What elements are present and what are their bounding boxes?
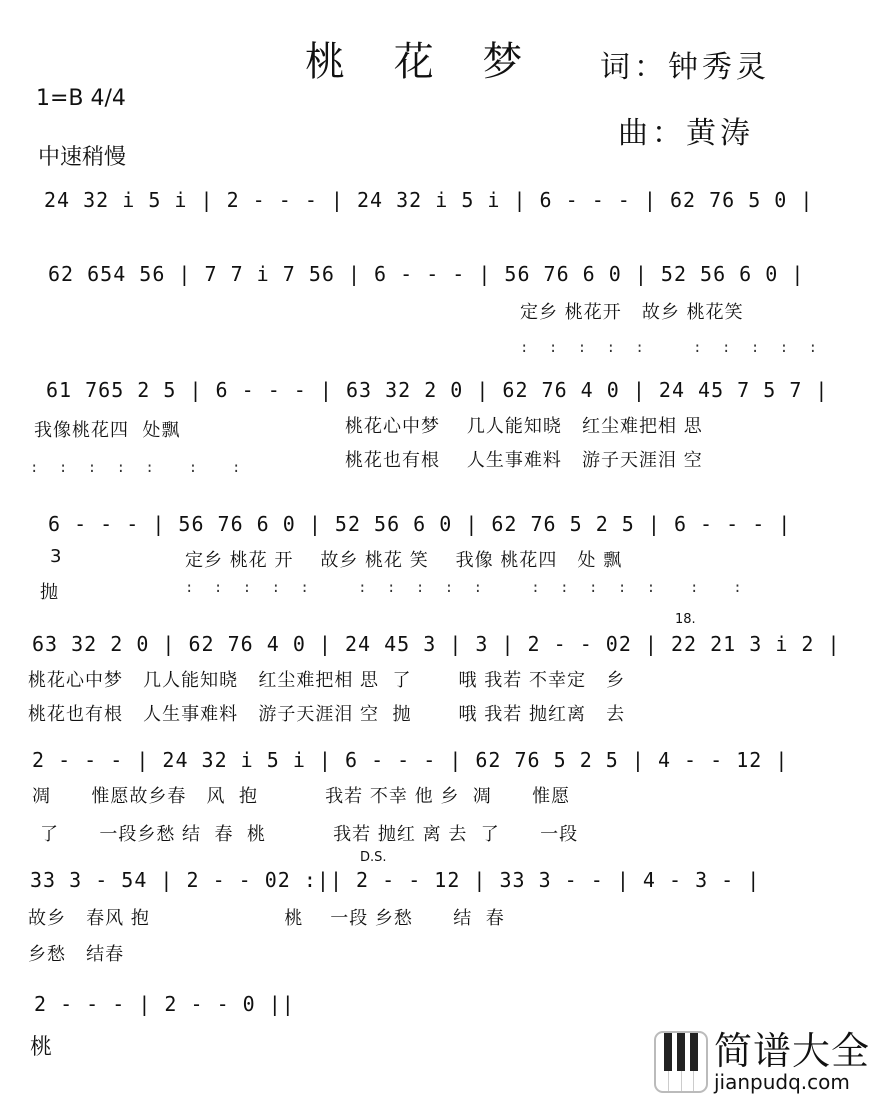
key-signature: 1=B 4/4 — [36, 86, 126, 111]
notation-row-7: 33 3 - 54 | 2 - - 02 :|| 2 - - 12 | 33 3… — [30, 868, 760, 892]
lyric-row-4-pre: 3 — [50, 546, 62, 567]
composer-credit: 曲：黄涛 — [618, 108, 754, 152]
lyric-row-6b: 了 一段乡愁 结 春 桃 我若 抛红 离 去 了 一段 — [40, 820, 578, 846]
lyric-row-5b: 桃花也有根 人生事难料 游子天涯泪 空 抛 哦 我若 抛红离 去 — [28, 700, 625, 726]
segno-mark: 18. — [675, 612, 696, 627]
lyric-row-5a: 桃花心中梦 几人能知晓 红尘难把相 思 了 哦 我若 不幸定 乡 — [28, 666, 625, 692]
lyricist-credit: 词：钟秀灵 — [600, 42, 770, 86]
piano-keys-icon — [654, 1031, 708, 1093]
watermark-url: jianpudq.com — [714, 1072, 870, 1092]
dots-row-3: : : : : : : : — [30, 460, 246, 476]
dots-row-2: : : : : : : : : : : — [520, 340, 823, 356]
notation-row-8: 2 - - - | 2 - - 0 || — [34, 992, 295, 1016]
lyric-row-7b: 乡愁 结春 — [28, 940, 124, 966]
lyric-row-3b: 桃花心中梦 几人能知晓 红尘难把相 思 — [345, 412, 703, 438]
ds-mark: D.S. — [360, 850, 387, 865]
notation-row-6: 2 - - - | 24 32 i 5 i | 6 - - - | 62 76 … — [32, 748, 788, 772]
lyric-row-3c: 桃花也有根 人生事难料 游子天涯泪 空 — [345, 446, 703, 472]
notation-row-5: 63 32 2 0 | 62 76 4 0 | 24 45 3 | 3 | 2 … — [32, 632, 841, 656]
notation-row-3: 61 765 2 5 | 6 - - - | 63 32 2 0 | 62 76… — [46, 378, 828, 402]
lyric-row-3a: 我像桃花四 处飘 — [34, 416, 180, 442]
notation-row-1: 24 32 i 5 i | 2 - - - | 24 32 i 5 i | 6 … — [44, 188, 813, 212]
lyric-row-6a: 凋 惟愿故乡春 风 抱 我若 不幸 他 乡 凋 惟愿 — [32, 782, 570, 808]
watermark-logo: 简谱大全 jianpudq.com — [654, 1030, 876, 1094]
notation-row-2: 62 654 56 | 7 7 i 7 56 | 6 - - - | 56 76… — [48, 262, 804, 286]
lyric-row-4: 定乡 桃花 开 故乡 桃花 笑 我像 桃花四 处 飘 — [185, 546, 622, 572]
lyric-row-2: 定乡 桃花开 故乡 桃花笑 — [520, 298, 744, 324]
lyric-row-4-pre2: 抛 — [40, 578, 59, 604]
dots-row-4: : : : : : : : : : : : : : : : : : — [185, 580, 748, 596]
watermark-name: 简谱大全 — [714, 1032, 870, 1070]
tempo-marking: 中速稍慢 — [38, 140, 126, 171]
notation-row-4: 6 - - - | 56 76 6 0 | 52 56 6 0 | 62 76 … — [48, 512, 791, 536]
lyric-row-8: 桃 — [30, 1030, 53, 1061]
song-title: 桃 花 梦 — [305, 30, 540, 87]
lyric-row-7a: 故乡 春风 抱 桃 一段 乡愁 结 春 — [28, 904, 505, 930]
